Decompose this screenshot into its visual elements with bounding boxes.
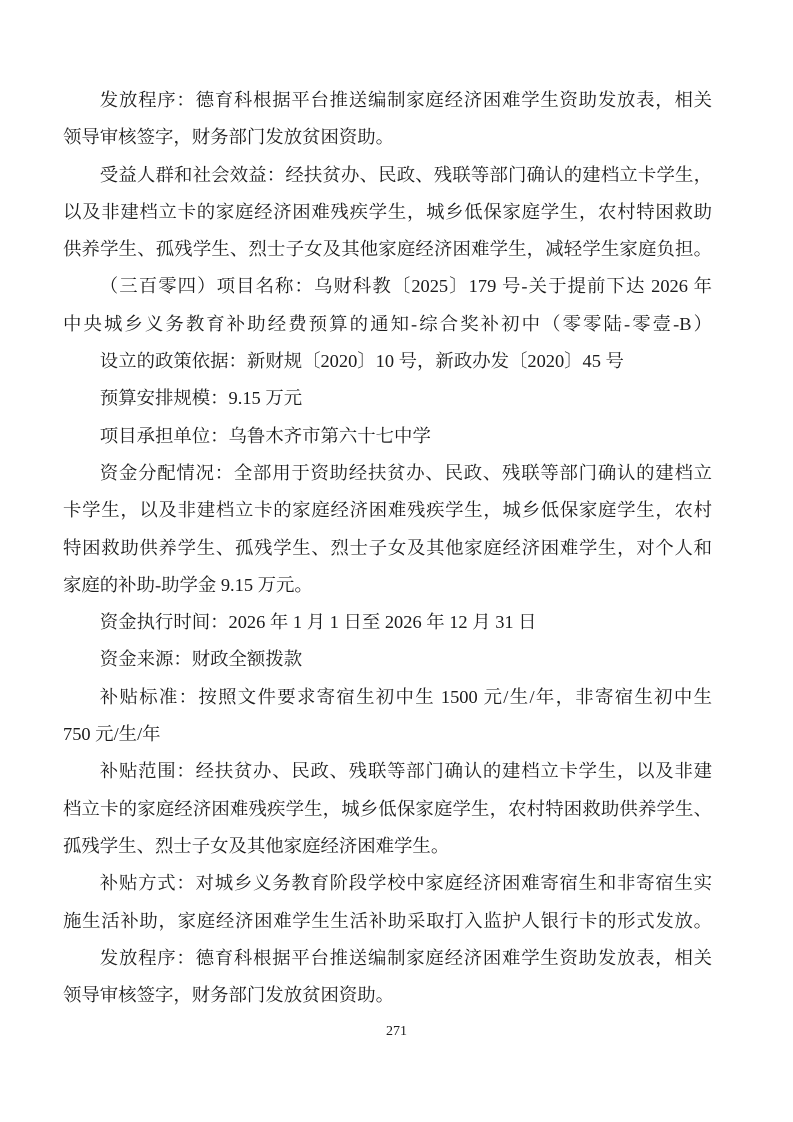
text-line: 供养学生、孤残学生、烈士子女及其他家庭经济困难学生，减轻学生家庭负担。 xyxy=(63,231,712,268)
text-line: 设立的政策依据：新财规〔2020〕10 号，新政办发〔2020〕45 号 xyxy=(63,343,712,380)
text-line: 孤残学生、烈士子女及其他家庭经济困难学生。 xyxy=(63,828,712,865)
text-line: 卡学生，以及非建档立卡的家庭经济困难残疾学生，城乡低保家庭学生，农村 xyxy=(63,492,712,529)
text-line: 档立卡的家庭经济困难残疾学生，城乡低保家庭学生，农村特困救助供养学生、 xyxy=(63,791,712,828)
text-line: 发放程序：德育科根据平台推送编制家庭经济困难学生资助发放表，相关 xyxy=(63,940,712,977)
document-page: 发放程序：德育科根据平台推送编制家庭经济困难学生资助发放表，相关领导审核签字，财… xyxy=(0,0,793,1122)
text-line: 领导审核签字，财务部门发放贫困资助。 xyxy=(63,119,712,156)
text-line: 补贴范围：经扶贫办、民政、残联等部门确认的建档立卡学生，以及非建 xyxy=(63,753,712,790)
page-number: 271 xyxy=(0,1022,793,1042)
text-line: （三百零四）项目名称：乌财科教〔2025〕179 号-关于提前下达 2026 年 xyxy=(63,268,712,305)
document-body: 发放程序：德育科根据平台推送编制家庭经济困难学生资助发放表，相关领导审核签字，财… xyxy=(63,82,712,1014)
text-line: 预算安排规模：9.15 万元 xyxy=(63,380,712,417)
text-line: 领导审核签字，财务部门发放贫困资助。 xyxy=(63,977,712,1014)
text-line: 受益人群和社会效益：经扶贫办、民政、残联等部门确认的建档立卡学生， xyxy=(63,157,712,194)
text-line: 补贴方式：对城乡义务教育阶段学校中家庭经济困难寄宿生和非寄宿生实 xyxy=(63,865,712,902)
text-line: 特困救助供养学生、孤残学生、烈士子女及其他家庭经济困难学生，对个人和 xyxy=(63,530,712,567)
text-line: 以及非建档立卡的家庭经济困难残疾学生，城乡低保家庭学生，农村特困救助 xyxy=(63,194,712,231)
text-line: 中央城乡义务教育补助经费预算的通知-综合奖补初中（零零陆-零壹-B） xyxy=(63,306,712,343)
text-line: 资金分配情况：全部用于资助经扶贫办、民政、残联等部门确认的建档立 xyxy=(63,455,712,492)
text-line: 项目承担单位：乌鲁木齐市第六十七中学 xyxy=(63,418,712,455)
text-line: 补贴标准：按照文件要求寄宿生初中生 1500 元/生/年，非寄宿生初中生 xyxy=(63,679,712,716)
text-line: 施生活补助，家庭经济困难学生生活补助采取打入监护人银行卡的形式发放。 xyxy=(63,903,712,940)
text-line: 家庭的补助-助学金 9.15 万元。 xyxy=(63,567,712,604)
text-line: 发放程序：德育科根据平台推送编制家庭经济困难学生资助发放表，相关 xyxy=(63,82,712,119)
text-line: 资金来源：财政全额拨款 xyxy=(63,641,712,678)
text-line: 资金执行时间：2026 年 1 月 1 日至 2026 年 12 月 31 日 xyxy=(63,604,712,641)
text-line: 750 元/生/年 xyxy=(63,716,712,753)
